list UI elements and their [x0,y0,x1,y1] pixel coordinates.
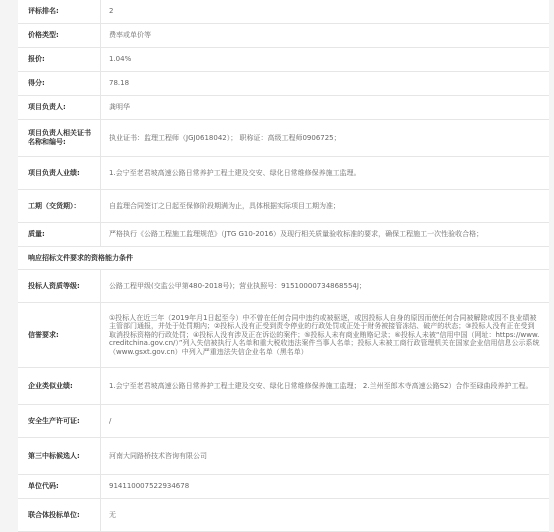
row-value: 1.04% [101,48,550,72]
row-label: 得分: [18,72,101,96]
table-row-ranking: 评标排名: 2 [18,0,549,24]
table-row-similar-performance: 企业类似业绩: 1.会宁至老君坡高速公路日常养护工程土建及交安、绿化日常维修保养… [18,368,549,405]
row-label: 价格类型: [18,24,101,48]
bid-result-table: 评标排名: 2 价格类型: 费率或单价等 报价: 1.04% 得分: 78.18… [18,0,549,432]
table-section-header: 响应招标文件要求的资格能力条件 [18,247,549,270]
row-value: 1.会宁至老君坡高速公路日常养护工程土建及交安、绿化日常维修保养施工监理； 2.… [101,368,550,405]
row-label: 项目负责人业绩: [18,157,101,190]
row-value: 1.会宁至老君坡高速公路日常养护工程土建及交安、绿化日常维修保养施工监理。 [101,157,550,190]
bid-result-table-container: 评标排名: 2 价格类型: 费率或单价等 报价: 1.04% 得分: 78.18… [18,0,549,432]
table-row-quote: 报价: 1.04% [18,48,549,72]
row-value: 严格执行《公路工程施工监理规范》（JTG G10-2016）及现行相关质量验收标… [101,223,550,247]
row-label: 报价: [18,48,101,72]
table-row-price-type: 价格类型: 费率或单价等 [18,24,549,48]
table-row-credit-requirements: 信誉要求: ①投标人在近三年（2019年月1日起至今）中不曾在任何合同中违约或被… [18,303,549,368]
row-value: 费率或单价等 [101,24,550,48]
row-value: / [101,405,550,433]
table-row-quality: 质量: 严格执行《公路工程施工监理规范》（JTG G10-2016）及现行相关质… [18,223,549,247]
table-row-score: 得分: 78.18 [18,72,549,96]
row-value: 执业证书：监理工程师（JGJ0618042）； 职称证：高级工程师0906725… [101,120,550,157]
row-label: 项目负责人相关证书名称和编号: [18,120,101,157]
table-row-safety-license: 安全生产许可证: / [18,405,549,433]
row-label: 安全生产许可证: [18,405,101,433]
row-label: 投标人资质等级: [18,270,101,303]
table-row-manager-performance: 项目负责人业绩: 1.会宁至老君坡高速公路日常养护工程土建及交安、绿化日常维修保… [18,157,549,190]
row-value: 龚明华 [101,96,550,120]
table-row-project-manager: 项目负责人: 龚明华 [18,96,549,120]
row-label: 质量: [18,223,101,247]
row-label: 工期（交货期）： [18,190,101,223]
row-label: 信誉要求: [18,303,101,368]
table-row-construction-period: 工期（交货期）： 自监理合同签订之日起至保修阶段期满为止，具体根据实际项目工期为… [18,190,549,223]
row-value: 公路工程甲级(交监公甲第480-2018号)；营业执照号：91510000734… [101,270,550,303]
row-value: 自监理合同签订之日起至保修阶段期满为止，具体根据实际项目工期为准； [101,190,550,223]
row-label: 评标排名: [18,0,101,24]
row-label: 项目负责人: [18,96,101,120]
row-value: 78.18 [101,72,550,96]
row-label: 企业类似业绩: [18,368,101,405]
table-row-manager-certificates: 项目负责人相关证书名称和编号: 执业证书：监理工程师（JGJ0618042）； … [18,120,549,157]
row-value: 2 [101,0,550,24]
table-row-qualification-level: 投标人资质等级: 公路工程甲级(交监公甲第480-2018号)；营业执照号：91… [18,270,549,303]
row-value: ①投标人在近三年（2019年月1日起至今）中不曾在任何合同中违约或被驱逐，或因投… [101,303,550,368]
section-title: 响应招标文件要求的资格能力条件 [18,247,549,270]
